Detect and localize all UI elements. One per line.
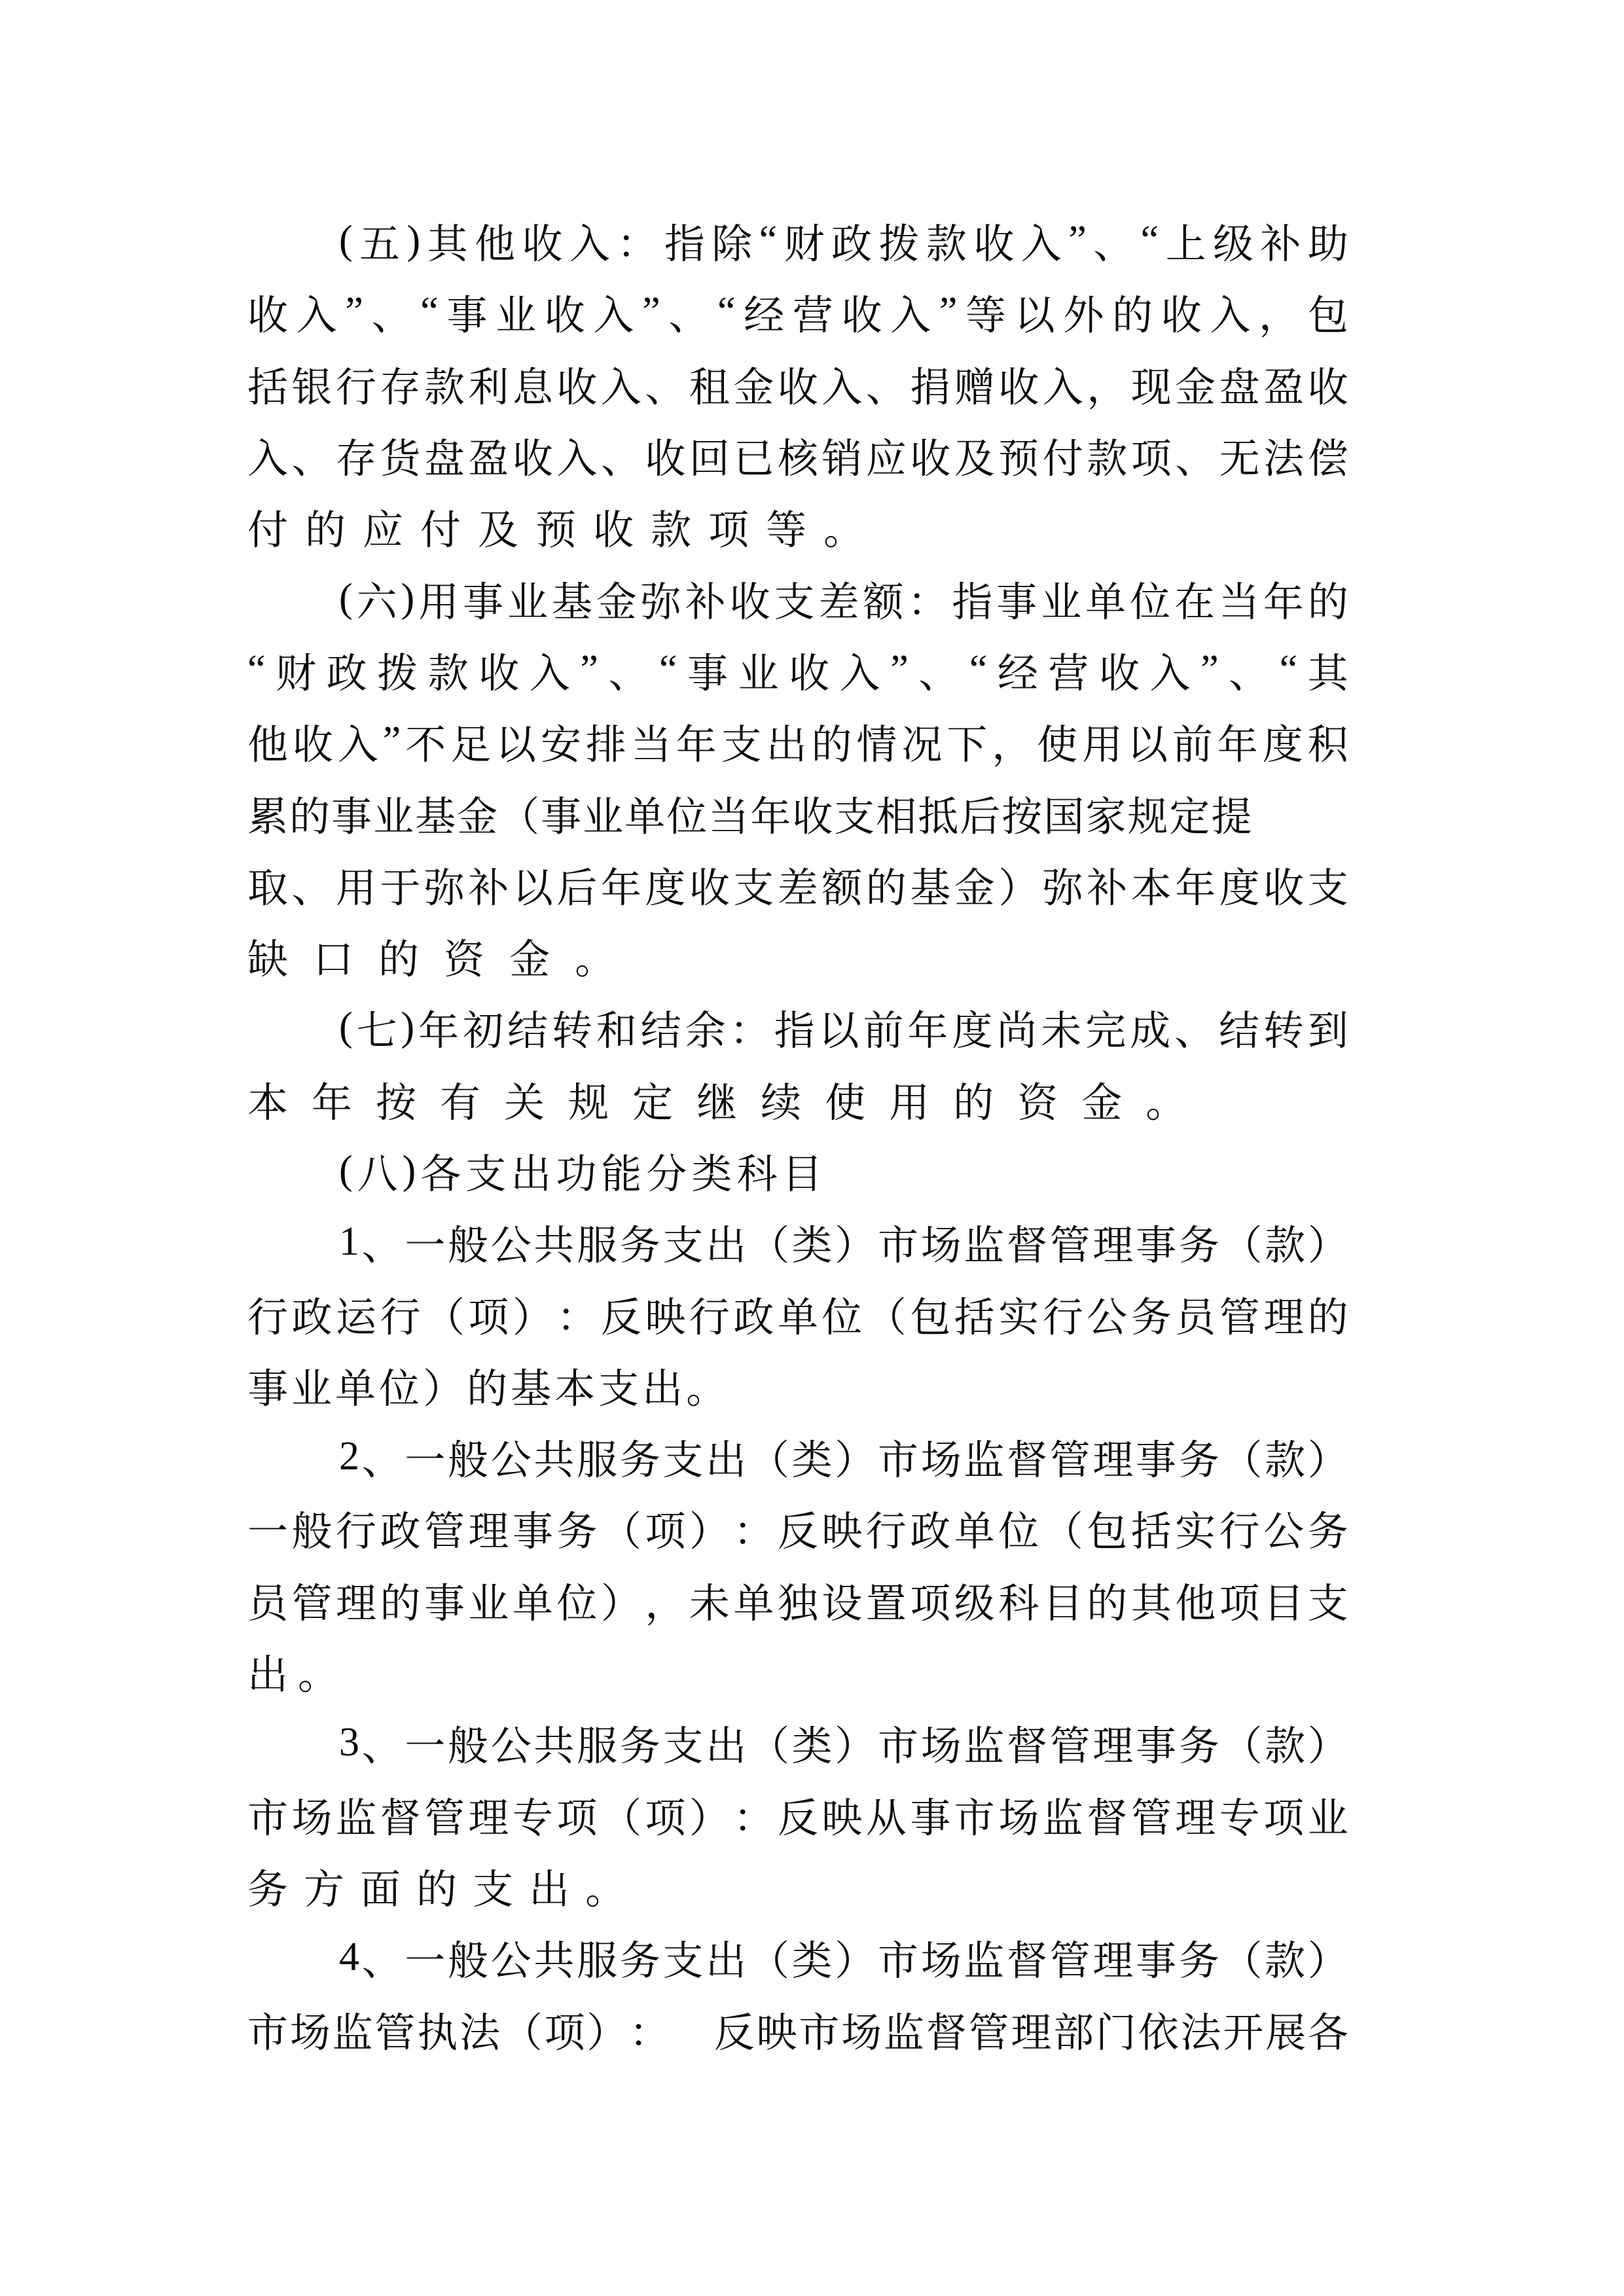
text-line: 取、用于弥补以后年度收支差额的基金）弥补本年度收支 xyxy=(247,849,1348,920)
glyph: 、 xyxy=(668,283,709,341)
glyph: 利 xyxy=(468,355,509,413)
glyph: ) xyxy=(407,217,421,264)
glyph: 七 xyxy=(357,998,397,1056)
glyph: 按 xyxy=(1001,784,1042,842)
glyph: 理 xyxy=(468,1499,509,1557)
glyph: 外 xyxy=(1063,283,1104,341)
glyph: （ xyxy=(502,2000,543,2058)
glyph: 管 xyxy=(374,2000,415,2058)
glyph: 以 xyxy=(819,998,859,1056)
glyph: 服 xyxy=(577,1928,617,1986)
glyph: 补 xyxy=(1260,211,1301,270)
glyph: ( xyxy=(339,217,353,264)
glyph: 单 xyxy=(335,1356,376,1414)
text-line: 市场监督管理专项（项）：反映从事市场监督管理专项业 xyxy=(247,1779,1348,1850)
glyph: 收 xyxy=(792,784,833,842)
glyph: 共 xyxy=(533,1713,574,1772)
glyph: 继 xyxy=(696,1070,737,1128)
glyph: 置 xyxy=(866,1571,907,1629)
glyph: 拨 xyxy=(878,211,919,270)
glyph: 管 xyxy=(1219,1285,1260,1343)
glyph: 应 xyxy=(363,497,403,556)
glyph: 续 xyxy=(761,1070,801,1128)
glyph: 的 xyxy=(380,1571,420,1629)
glyph: ） xyxy=(1308,1213,1348,1271)
glyph: 、 xyxy=(291,855,332,914)
glyph: 事 xyxy=(247,1356,288,1414)
glyph: 般 xyxy=(448,1427,488,1486)
glyph: 指 xyxy=(664,211,705,270)
glyph: 项 xyxy=(645,1499,685,1557)
glyph: 一 xyxy=(405,1928,445,1986)
glyph: 能 xyxy=(601,1141,641,1200)
glyph: 监 xyxy=(964,1928,1004,1986)
glyph: 的 xyxy=(1308,569,1348,628)
glyph: 理 xyxy=(1092,1928,1133,1986)
glyph: ， xyxy=(1259,283,1299,341)
glyph: 积 xyxy=(1308,712,1348,770)
glyph: 理 xyxy=(1263,1285,1304,1343)
glyph: 额 xyxy=(863,569,903,628)
glyph: 项 xyxy=(468,1285,509,1343)
glyph: 情 xyxy=(856,712,897,770)
glyph: 般 xyxy=(448,1928,488,1986)
glyph: 、 xyxy=(291,426,332,484)
glyph: 管 xyxy=(291,1571,332,1629)
glyph: 事 xyxy=(687,641,728,699)
glyph: ） xyxy=(1308,1427,1348,1486)
glyph: 市 xyxy=(878,1928,918,1986)
glyph: 累 xyxy=(247,784,288,842)
glyph: 到 xyxy=(1308,998,1348,1056)
glyph: 款 xyxy=(1265,1427,1305,1486)
glyph: 共 xyxy=(533,1427,574,1486)
glyph: “ xyxy=(247,647,266,693)
glyph: 开 xyxy=(1223,2000,1263,2058)
glyph: 入 xyxy=(593,283,634,341)
glyph: 业 xyxy=(1041,569,1081,628)
glyph: 年 xyxy=(1263,569,1304,628)
glyph: 包 xyxy=(1308,283,1348,341)
glyph: 行 xyxy=(336,1499,376,1557)
glyph: 1 xyxy=(339,1219,359,1265)
glyph: 等 xyxy=(766,497,806,556)
glyph: 监 xyxy=(964,1427,1004,1486)
glyph: （ xyxy=(749,1427,789,1486)
glyph: ） xyxy=(513,1285,553,1343)
glyph: 面 xyxy=(360,1857,401,1915)
glyph: 行 xyxy=(1043,1285,1083,1343)
glyph: 。 xyxy=(823,497,864,556)
glyph: 映 xyxy=(645,1285,685,1343)
glyph: 目 xyxy=(782,1141,822,1200)
glyph: 回 xyxy=(689,426,730,484)
glyph: “ xyxy=(1141,217,1159,264)
glyph: 从 xyxy=(866,1785,907,1844)
glyph: ： xyxy=(733,1499,774,1557)
glyph: “ xyxy=(717,289,736,335)
glyph: 余 xyxy=(685,998,726,1056)
glyph: 基 xyxy=(511,1356,551,1414)
glyph: 指 xyxy=(952,569,992,628)
glyph: 的 xyxy=(866,855,907,914)
text-line: 本年按有关规定继续使用的资金。 xyxy=(247,1064,1348,1135)
glyph: 收 xyxy=(841,283,882,341)
glyph: 业 xyxy=(291,1356,332,1414)
glyph: 事 xyxy=(910,1785,950,1844)
glyph: 八 xyxy=(357,1141,398,1200)
glyph: 入 xyxy=(556,426,597,484)
glyph: 其 xyxy=(427,211,468,270)
glyph: 用 xyxy=(336,855,376,914)
glyph: 反 xyxy=(601,1285,641,1343)
glyph: 转 xyxy=(552,998,592,1056)
glyph: 尚 xyxy=(996,998,1037,1056)
glyph: 监 xyxy=(336,1785,376,1844)
glyph: ) xyxy=(403,1147,416,1194)
glyph: 出 xyxy=(247,1642,288,1700)
glyph: （ xyxy=(749,1213,789,1271)
text-line: (八)各支出功能分类科目 xyxy=(247,1135,1348,1206)
glyph: 年 xyxy=(418,998,459,1056)
glyph: 市 xyxy=(247,1785,288,1844)
glyph: 类 xyxy=(792,1213,833,1271)
glyph: （ xyxy=(424,1285,465,1343)
glyph: 务 xyxy=(1179,1213,1219,1271)
glyph: 般 xyxy=(448,1213,488,1271)
glyph: 理 xyxy=(1092,1713,1133,1772)
glyph: 金 xyxy=(954,855,995,914)
glyph: 映 xyxy=(821,1785,862,1844)
glyph: 他 xyxy=(475,211,515,270)
glyph: 预 xyxy=(998,426,1039,484)
glyph: 收 xyxy=(556,355,597,413)
glyph: 未 xyxy=(689,1571,730,1629)
glyph: 科 xyxy=(736,1141,777,1200)
glyph: 独 xyxy=(778,1571,818,1629)
glyph: 公 xyxy=(1087,1285,1127,1343)
glyph: 度 xyxy=(1263,712,1303,770)
glyph: 年 xyxy=(312,1070,352,1128)
glyph: 用 xyxy=(418,569,459,628)
glyph: 行 xyxy=(1219,1499,1260,1557)
glyph: 门 xyxy=(1096,2000,1136,2058)
glyph: 完 xyxy=(1085,998,1126,1056)
glyph: 入 xyxy=(1021,211,1062,270)
glyph: 政 xyxy=(327,641,367,699)
glyph: 出 xyxy=(767,712,807,770)
glyph: 款 xyxy=(1265,1713,1305,1772)
glyph: 展 xyxy=(1265,2000,1306,2058)
glyph: 收 xyxy=(998,355,1039,413)
glyph: 理 xyxy=(1011,2000,1051,2058)
glyph: 使 xyxy=(825,1070,865,1128)
glyph: 年 xyxy=(676,712,717,770)
glyph: 市 xyxy=(878,1427,918,1486)
glyph: 于 xyxy=(380,855,420,914)
glyph: 业 xyxy=(1308,1785,1348,1844)
glyph: 收 xyxy=(645,426,685,484)
glyph: 入 xyxy=(601,355,641,413)
text-line: 付的应付及预收款项等。 xyxy=(247,491,1348,562)
glyph: 基 xyxy=(552,569,592,628)
glyph: ” xyxy=(580,647,598,693)
glyph: 各 xyxy=(420,1141,461,1200)
text-line: (五)其他收入：指除“财政拨款收入”、“上级补助 xyxy=(247,205,1348,276)
glyph: 银 xyxy=(291,355,332,413)
glyph: 方 xyxy=(304,1857,344,1915)
glyph: 预 xyxy=(535,497,576,556)
glyph: 排 xyxy=(586,712,626,770)
glyph: 补 xyxy=(1087,855,1127,914)
glyph: 政 xyxy=(733,1285,774,1343)
glyph: 督 xyxy=(1007,1427,1047,1486)
glyph: 不 xyxy=(405,712,446,770)
glyph: 依 xyxy=(1138,2000,1179,2058)
glyph: 存 xyxy=(380,355,420,413)
glyph: 弥 xyxy=(1043,855,1083,914)
glyph: 付 xyxy=(1043,426,1083,484)
glyph: 及 xyxy=(478,497,518,556)
glyph: （ xyxy=(499,784,539,842)
glyph: 按 xyxy=(376,1070,416,1128)
glyph: 单 xyxy=(624,784,665,842)
text-line: 事业单位）的基本支出。 xyxy=(247,1350,1348,1421)
glyph: 息 xyxy=(513,355,553,413)
glyph: 收 xyxy=(247,283,288,341)
glyph: 当 xyxy=(1219,569,1259,628)
glyph: ： xyxy=(556,1285,597,1343)
glyph: 本 xyxy=(247,1070,288,1128)
glyph: 使 xyxy=(1037,712,1077,770)
glyph: 盈 xyxy=(1263,355,1304,413)
glyph: 括 xyxy=(1131,1499,1172,1557)
glyph: 场 xyxy=(290,2000,331,2058)
glyph: 理 xyxy=(468,1785,509,1844)
glyph: ， xyxy=(645,1571,685,1629)
glyph: 、 xyxy=(601,426,641,484)
glyph: ) xyxy=(401,1004,415,1050)
glyph: 事 xyxy=(1136,1928,1176,1986)
glyph: 差 xyxy=(778,855,818,914)
glyph: 款 xyxy=(926,211,967,270)
text-line: 2、一般公共服务支出（类）市场监督管理事务（款） xyxy=(247,1421,1348,1492)
glyph: 盈 xyxy=(468,426,509,484)
glyph: 行 xyxy=(247,1285,288,1343)
glyph: 务 xyxy=(247,1857,288,1915)
glyph: 安 xyxy=(541,712,581,770)
glyph: 位 xyxy=(998,1499,1039,1557)
glyph: ） xyxy=(1308,1928,1348,1986)
glyph: 入 xyxy=(569,211,610,270)
glyph: 收 xyxy=(513,426,553,484)
glyph: ： xyxy=(733,1785,774,1844)
glyph: 括 xyxy=(247,355,288,413)
glyph: 务 xyxy=(620,1928,660,1986)
glyph: 目 xyxy=(1043,1571,1083,1629)
glyph: 度 xyxy=(952,998,992,1056)
glyph: 收 xyxy=(1263,855,1304,914)
glyph: 后 xyxy=(556,855,597,914)
glyph: 督 xyxy=(380,1785,420,1844)
glyph: 。 xyxy=(686,1356,727,1414)
glyph: 入 xyxy=(247,426,288,484)
glyph: 缺 xyxy=(247,927,288,985)
glyph: ： xyxy=(907,569,948,628)
text-line: 缺口的资金。 xyxy=(247,920,1348,992)
glyph: 一 xyxy=(405,1213,445,1271)
glyph: （ xyxy=(749,1928,789,1986)
glyph: 基 xyxy=(415,784,456,842)
glyph: 3 xyxy=(339,1719,359,1766)
glyph: 额 xyxy=(821,855,862,914)
glyph: 项 xyxy=(545,2000,585,2058)
glyph: 务 xyxy=(620,1713,660,1772)
glyph: 场 xyxy=(921,1427,962,1486)
glyph: 支 xyxy=(662,1713,703,1772)
glyph: 况 xyxy=(901,712,942,770)
glyph: “ xyxy=(420,289,439,335)
glyph: 的 xyxy=(467,1356,507,1414)
glyph: 业 xyxy=(583,784,623,842)
glyph: 资 xyxy=(1017,1070,1058,1128)
glyph: 度 xyxy=(645,855,685,914)
glyph: 本 xyxy=(554,1356,595,1414)
document-page: (五)其他收入：指除“财政拨款收入”、“上级补助收入”、“事业收入”、“经营收入… xyxy=(0,0,1624,2296)
glyph: 部 xyxy=(1053,2000,1094,2058)
glyph: 前 xyxy=(863,998,903,1056)
glyph: 、 xyxy=(362,1427,403,1486)
glyph: ： xyxy=(617,211,657,270)
glyph: 场 xyxy=(921,1213,962,1271)
glyph: 款 xyxy=(424,355,465,413)
glyph: 销 xyxy=(821,426,862,484)
glyph: 项 xyxy=(1131,426,1172,484)
text-line: 他收入”不足以安排当年支出的情况下，使用以前年度积 xyxy=(247,706,1348,777)
glyph: 业 xyxy=(468,1571,509,1629)
glyph: 务 xyxy=(556,1499,597,1557)
glyph: 项 xyxy=(708,497,749,556)
glyph: 支 xyxy=(473,1857,513,1915)
glyph: 及 xyxy=(954,426,995,484)
glyph: 他 xyxy=(247,712,288,770)
glyph: 入 xyxy=(338,712,378,770)
glyph: 五 xyxy=(359,211,400,270)
glyph: 事 xyxy=(541,784,581,842)
text-line: 一般行政管理事务（项）：反映行政单位（包括实行公务 xyxy=(247,1492,1348,1564)
glyph: 支 xyxy=(598,1356,639,1414)
glyph: 后 xyxy=(960,784,1000,842)
glyph: 事 xyxy=(463,569,503,628)
glyph: 出 xyxy=(706,1427,746,1486)
text-line: 市场监管执法（项）：反映市场监督管理部门依法开展各 xyxy=(247,1993,1348,2064)
glyph: 管 xyxy=(1050,1427,1091,1486)
glyph: 规 xyxy=(1127,784,1168,842)
glyph: 理 xyxy=(1092,1213,1133,1271)
glyph: 出 xyxy=(529,1857,569,1915)
glyph: 收 xyxy=(593,497,634,556)
glyph: 员 xyxy=(247,1571,288,1629)
glyph: 市 xyxy=(247,2000,288,2058)
text-line: (七)年初结转和结余：指以前年度尚未完成、结转到 xyxy=(247,992,1348,1063)
glyph: 入 xyxy=(890,283,931,341)
glyph: 项 xyxy=(1219,1571,1260,1629)
glyph: 类 xyxy=(792,1713,833,1772)
glyph: 、 xyxy=(608,641,649,699)
glyph: 政 xyxy=(910,1499,950,1557)
glyph: 定 xyxy=(1169,784,1210,842)
text-line: 员管理的事业单位），未单独设置项级科目的其他项目支 xyxy=(247,1564,1348,1636)
text-line: 收入”、“事业收入”、“经营收入”等以外的收入，包 xyxy=(247,276,1348,348)
glyph: 出 xyxy=(706,1928,746,1986)
glyph: 。 xyxy=(298,1642,338,1700)
glyph: 管 xyxy=(424,1785,465,1844)
glyph: 拨 xyxy=(377,641,418,699)
glyph: 一 xyxy=(405,1427,445,1486)
glyph: ( xyxy=(339,1147,353,1194)
glyph: 当 xyxy=(631,712,672,770)
glyph: 场 xyxy=(921,1928,962,1986)
glyph: 的 xyxy=(1112,283,1153,341)
glyph: 管 xyxy=(1050,1713,1091,1772)
glyph: 公 xyxy=(491,1928,532,1986)
glyph: 的 xyxy=(953,1070,994,1128)
glyph: 定 xyxy=(632,1070,673,1128)
glyph: 结 xyxy=(1219,998,1259,1056)
glyph: 收 xyxy=(478,641,519,699)
glyph: 款 xyxy=(651,497,691,556)
glyph: 收 xyxy=(789,641,829,699)
glyph: 、 xyxy=(645,355,685,413)
glyph: 基 xyxy=(910,855,950,914)
glyph: 监 xyxy=(964,1713,1004,1772)
glyph: 市 xyxy=(799,2000,839,2058)
glyph: 支 xyxy=(1308,855,1348,914)
glyph: 监 xyxy=(964,1213,1004,1271)
glyph: 上 xyxy=(1166,211,1206,270)
glyph: 收 xyxy=(1308,355,1348,413)
glyph: 单 xyxy=(1085,569,1126,628)
glyph: 收 xyxy=(1099,641,1140,699)
glyph: ： xyxy=(730,998,770,1056)
glyph: 。 xyxy=(1146,1070,1186,1128)
glyph: 事 xyxy=(513,1499,553,1557)
glyph: 市 xyxy=(878,1213,918,1271)
glyph: 出 xyxy=(642,1356,683,1414)
glyph: 场 xyxy=(998,1785,1039,1844)
glyph: 弥 xyxy=(641,569,681,628)
glyph: 的 xyxy=(1087,1571,1127,1629)
glyph: 国 xyxy=(1043,784,1084,842)
glyph: ， xyxy=(1087,355,1127,413)
glyph: 项 xyxy=(556,1785,597,1844)
glyph: 公 xyxy=(491,1213,532,1271)
glyph: 法 xyxy=(1263,426,1304,484)
glyph: 理 xyxy=(1175,1785,1216,1844)
glyph: 服 xyxy=(577,1713,617,1772)
glyph: 场 xyxy=(921,1713,962,1772)
glyph: “ xyxy=(659,647,677,693)
glyph: 有 xyxy=(440,1070,480,1128)
glyph: 位 xyxy=(1130,569,1170,628)
glyph: 市 xyxy=(878,1713,918,1772)
glyph: 年 xyxy=(750,784,791,842)
glyph: 、 xyxy=(372,283,412,341)
glyph: 。 xyxy=(585,1857,626,1915)
glyph: 服 xyxy=(577,1213,617,1271)
glyph: 运 xyxy=(336,1285,376,1343)
glyph: （ xyxy=(1043,1499,1083,1557)
